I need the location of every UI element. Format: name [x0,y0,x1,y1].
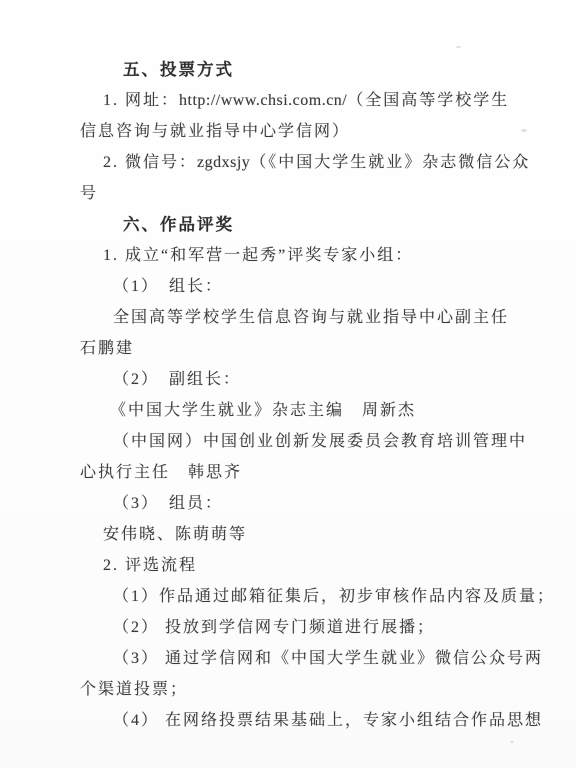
website-suffix: （全国高等学校学生 [347,92,509,109]
scan-speck [456,46,461,48]
scan-speck [521,129,527,132]
line-deputy-leader-1: 《中国大学生就业》杂志主编 周新杰 [80,395,546,426]
line-process-step-3-cont: 个渠道投票； [80,674,546,705]
line-group-leader-name: 石鹏建 [80,333,546,364]
line-wechat-cont: 号 [80,178,546,209]
line-process-step-2: （2） 投放到学信网专门频道进行展播； [80,612,546,643]
scan-speck [510,741,514,743]
line-website-cont: 信息咨询与就业指导中心学信网） [80,116,546,147]
line-process-step-4: （4） 在网络投票结果基础上，专家小组结合作品思想 [80,705,546,736]
line-deputy-leader-2: （中国网）中国创业创新发展委员会教育培训管理中 [80,426,546,457]
line-process-step-3: （3） 通过学信网和《中国大学生就业》微信公众号两 [80,643,546,674]
line-members-names: 安伟晓、陈萌萌等 [80,519,546,550]
line-deputy-leader-2-cont: 心执行主任 韩思齐 [80,457,546,488]
website-label: 1. 网址： [103,92,179,109]
line-selection-process: 2. 评选流程 [80,550,546,581]
line-group-leader-label: （1） 组长： [80,271,546,302]
wechat-label: 2. 微信号： [103,154,197,171]
wechat-id: zgdxsjy [197,154,250,171]
section-heading-voting-method: 五、投票方式 [80,54,546,85]
line-wechat: 2. 微信号：zgdxsjy（《中国大学生就业》杂志微信公众 [80,147,546,178]
wechat-suffix: （《中国大学生就业》杂志微信公众 [250,154,530,171]
line-deputy-leader-label: （2） 副组长： [80,364,546,395]
line-website: 1. 网址：http://www.chsi.com.cn/（全国高等学校学生 [80,85,546,116]
website-url: http://www.chsi.com.cn/ [179,92,347,109]
line-members-label: （3） 组员： [80,488,546,519]
line-group-leader-title: 全国高等学校学生信息咨询与就业指导中心副主任 [80,302,546,333]
line-process-step-1: （1）作品通过邮箱征集后，初步审核作品内容及质量； [80,581,546,612]
line-expert-group: 1. 成立“和军营一起秀”评奖专家小组： [80,240,546,271]
document-page: 五、投票方式 1. 网址：http://www.chsi.com.cn/（全国高… [0,0,576,768]
section-heading-award-evaluation: 六、作品评奖 [80,209,546,240]
